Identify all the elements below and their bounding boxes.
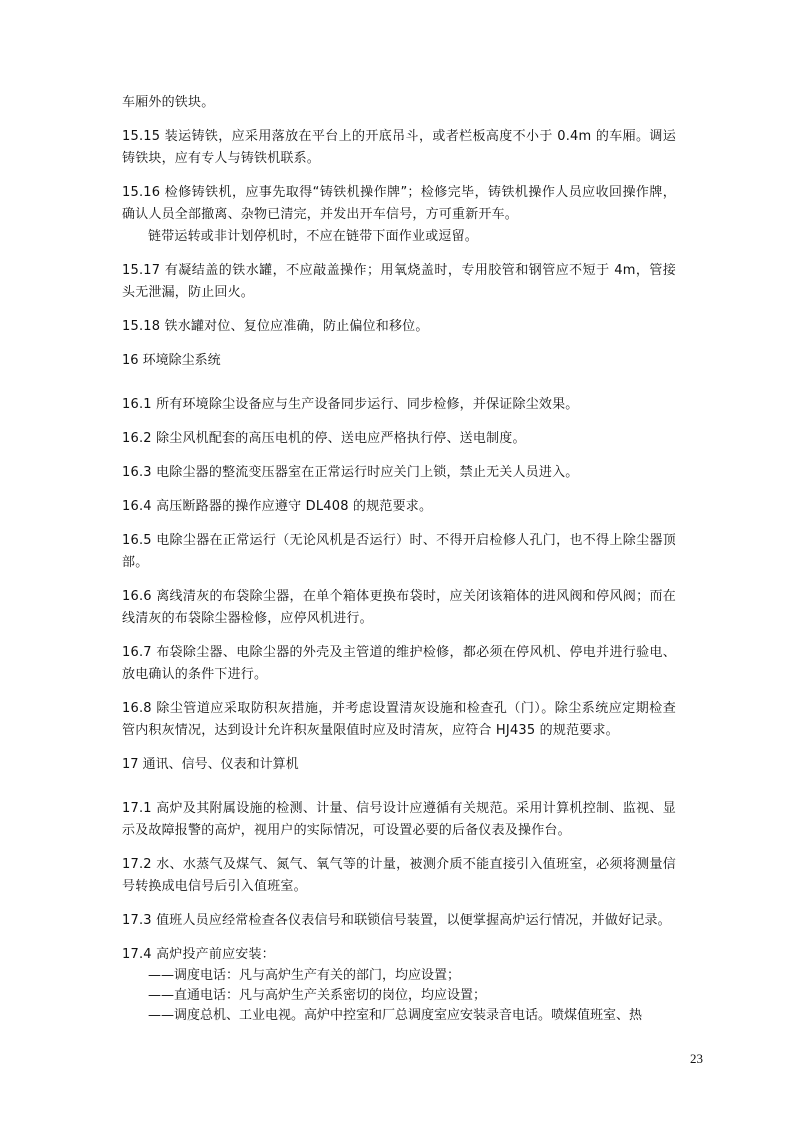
clause-17-4: 17.4 高炉投产前应安装： xyxy=(122,944,676,966)
clause-15-16: 15.16 检修铸铁机，应事先取得“铸铁机操作牌”；检修完毕，铸铁机操作人员应收… xyxy=(122,182,676,226)
clause-16-3: 16.3 电除尘器的整流变压器室在正常运行时应关门上锁，禁止无关人员进入。 xyxy=(122,462,676,484)
clause-16-5: 16.5 电除尘器在正常运行（无论风机是否运行）时、不得开启检修人孔门，也不得上… xyxy=(122,530,676,574)
clause-17-2: 17.2 水、水蒸气及煤气、氮气、氧气等的计量，被测介质不能直接引入值班室，必须… xyxy=(122,854,676,898)
page-number: 23 xyxy=(690,1051,703,1067)
section-17-heading: 17 通讯、信号、仪表和计算机 xyxy=(122,754,676,776)
list-item-dispatch-phone: ——调度电话：凡与高炉生产有关的部门，均应设置； xyxy=(122,966,676,986)
clause-15-17: 15.17 有凝结盖的铁水罐，不应敲盖操作；用氧烧盖时，专用胶管和钢管应不短于 … xyxy=(122,260,676,304)
clause-16-7: 16.7 布袋除尘器、电除尘器的外壳及主管道的维护检修，都必须在停风机、停电并进… xyxy=(122,642,676,686)
clause-17-3: 17.3 值班人员应经常检查各仪表信号和联锁信号装置，以便掌握高炉运行情况，并做… xyxy=(122,910,676,932)
clause-15-18: 15.18 铁水罐对位、复位应准确，防止偏位和移位。 xyxy=(122,316,676,338)
clause-16-8: 16.8 除尘管道应采取防积灰措施，并考虑设置清灰设施和检查孔（门）。除尘系统应… xyxy=(122,698,676,742)
list-item-direct-phone: ——直通电话：凡与高炉生产关系密切的岗位，均应设置； xyxy=(122,986,676,1006)
section-16-heading: 16 环境除尘系统 xyxy=(122,350,676,372)
paragraph-continuation: 车厢外的铁块。 xyxy=(122,92,676,114)
clause-16-2: 16.2 除尘风机配套的高压电机的停、送电应严格执行停、送电制度。 xyxy=(122,428,676,450)
document-page: 车厢外的铁块。 15.15 装运铸铁，应采用落放在平台上的开底吊斗，或者栏板高度… xyxy=(122,92,676,1026)
clause-16-1: 16.1 所有环境除尘设备应与生产设备同步运行、同步检修，并保证除尘效果。 xyxy=(122,394,676,416)
clause-16-6: 16.6 离线清灰的布袋除尘器，在单个箱体更换布袋时，应关闭该箱体的进风阀和停风… xyxy=(122,586,676,630)
clause-15-16-note: 链带运转或非计划停机时，不应在链带下面作业或逗留。 xyxy=(122,226,676,248)
list-item-switchboard: ——调度总机、工业电视。高炉中控室和厂总调度室应安装录音电话。喷煤值班室、热 xyxy=(122,1006,676,1026)
clause-15-15: 15.15 装运铸铁，应采用落放在平台上的开底吊斗，或者栏板高度不小于 0.4m… xyxy=(122,126,676,170)
clause-16-4: 16.4 高压断路器的操作应遵守 DL408 的规范要求。 xyxy=(122,496,676,518)
clause-17-1: 17.1 高炉及其附属设施的检测、计量、信号设计应遵循有关规范。采用计算机控制、… xyxy=(122,798,676,842)
